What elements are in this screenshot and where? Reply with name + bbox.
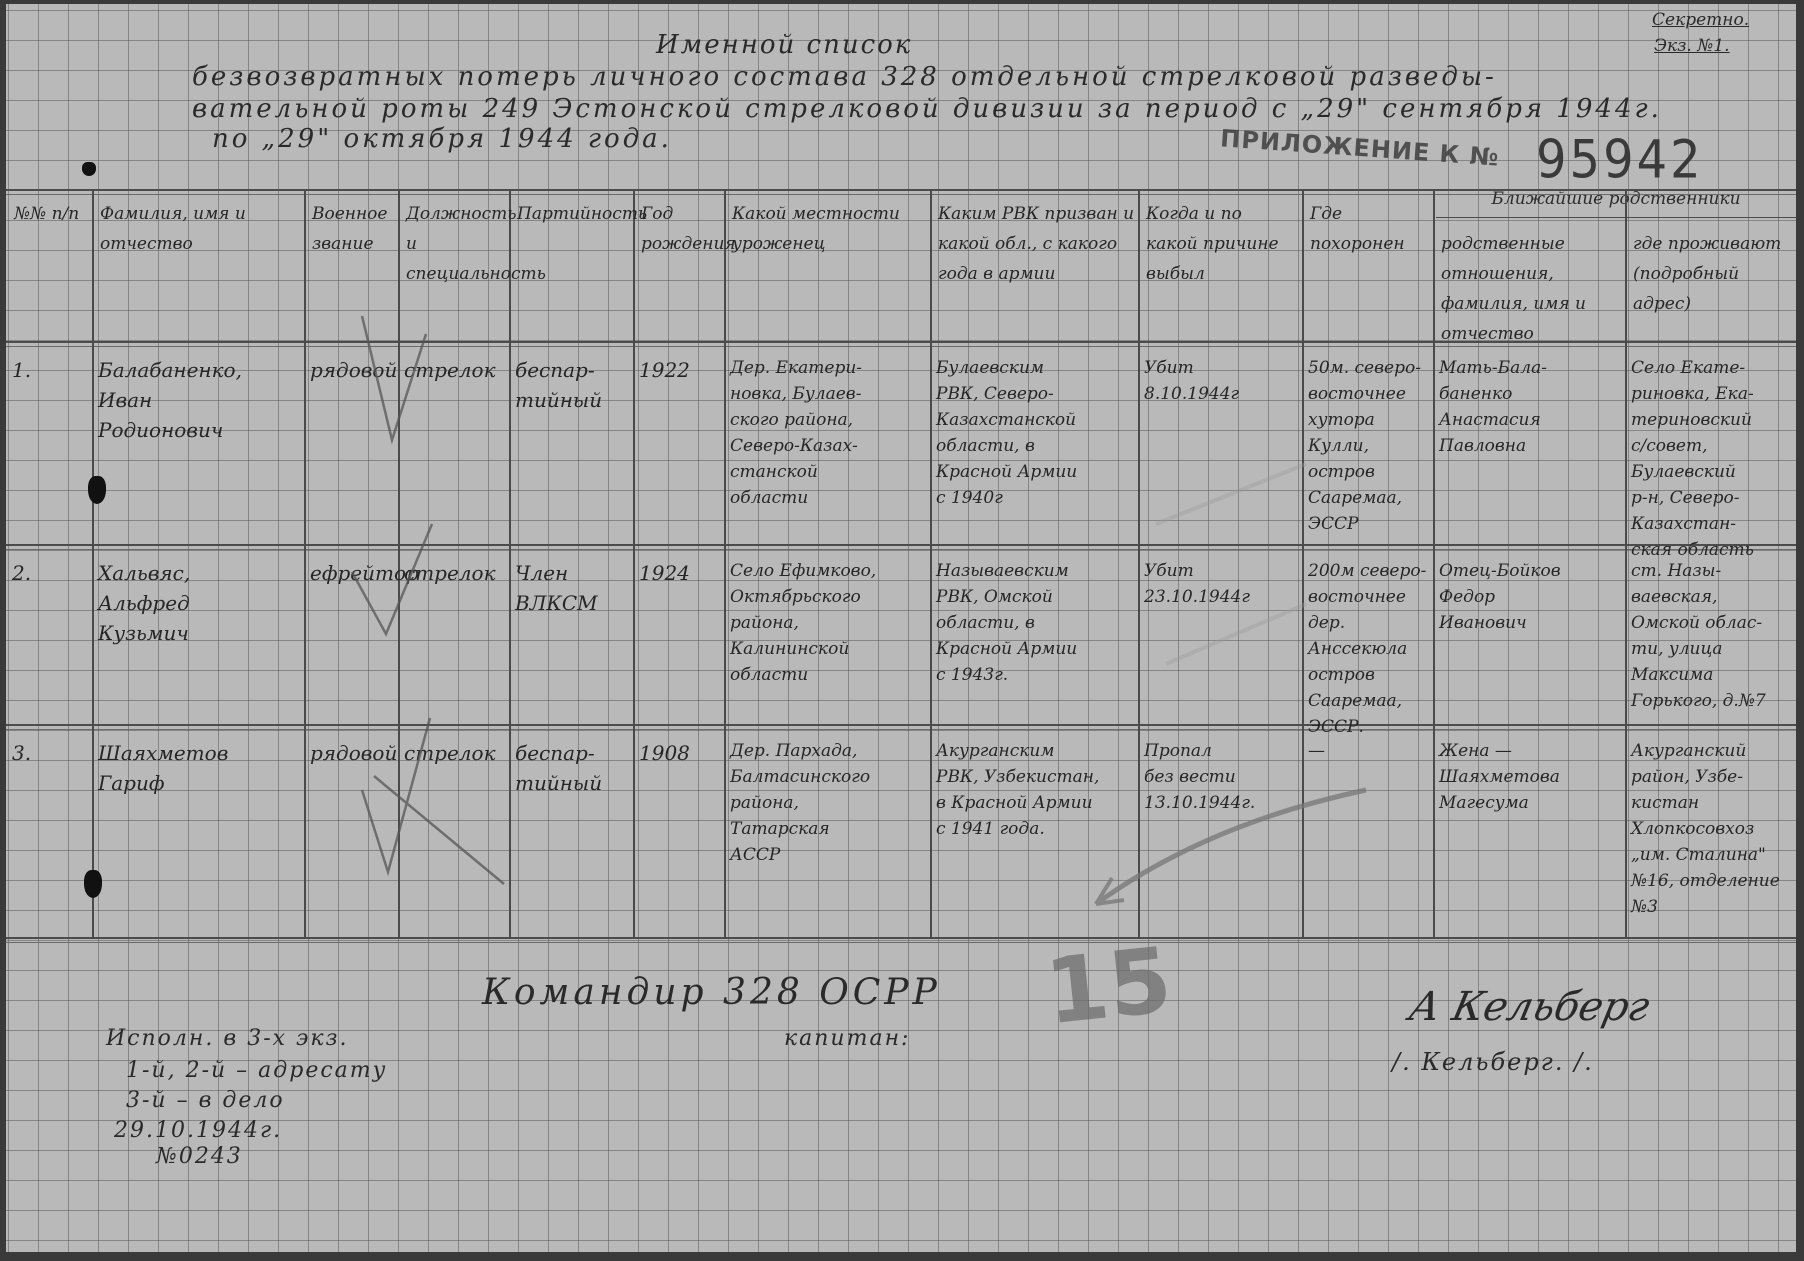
cell-position: стрелок xyxy=(404,355,507,385)
document-subtitle-line3: по „29" октября 1944 года. xyxy=(212,124,672,154)
column-divider xyxy=(1138,189,1140,939)
column-header: №№ п/п xyxy=(14,199,88,229)
cell-address: ст. Назы- ваевская, Омской облас- ти, ул… xyxy=(1631,558,1794,714)
column-divider xyxy=(304,189,306,939)
column-header: Каким РВК призван и какой обл., с какого… xyxy=(938,199,1134,289)
table-bottom-border xyxy=(6,937,1796,943)
cell-burial: 50м. северо- восточнее хутора Кулли, ост… xyxy=(1308,355,1431,537)
cell-rank: ефрейтор xyxy=(310,558,396,588)
cell-departure: Убит 23.10.1944г xyxy=(1144,558,1300,610)
cell-relative: Мать-Бала- баненко Анастасия Павловна xyxy=(1439,355,1623,459)
column-header: Военное звание xyxy=(312,199,394,259)
cell-relative: Жена — Шаяхметова Магесума xyxy=(1439,738,1623,816)
cell-position: стрелок xyxy=(404,738,507,768)
cell-party: беспар- тийный xyxy=(515,738,631,798)
cell-rvk: Булаевским РВК, Северо- Казахстанской об… xyxy=(936,355,1136,511)
commander-rank: капитан: xyxy=(784,1026,910,1051)
cell-rvk: Акурганским РВК, Узбекистан, в Красной А… xyxy=(936,738,1136,842)
cell-birthplace: Дер. Пархада, Балтасинского района, Тата… xyxy=(730,738,928,868)
cell-burial: — xyxy=(1308,738,1431,764)
cell-rank: рядовой xyxy=(310,355,396,385)
cell-relative: Отец-Бойков Федор Иванович xyxy=(1439,558,1623,636)
cell-birth-year: 1922 xyxy=(639,355,722,385)
column-divider xyxy=(633,189,635,939)
signature-name: /. Кельберг. /. xyxy=(1392,1048,1594,1076)
cell-party: беспар- тийный xyxy=(515,355,631,415)
cell-party: Член ВЛКСМ xyxy=(515,558,631,618)
column-divider xyxy=(92,189,94,939)
column-divider xyxy=(509,189,511,939)
column-header: Фамилия, имя и отчество xyxy=(100,199,300,259)
cell-num: 3. xyxy=(12,738,90,768)
cell-num: 2. xyxy=(12,558,90,588)
document-subtitle-line2: вательной роты 249 Эстонской стрелковой … xyxy=(192,94,1662,124)
column-header: Какой местности уроженец xyxy=(732,199,926,259)
row-1-border xyxy=(6,544,1796,550)
cell-rank: рядовой xyxy=(310,738,396,768)
archive-stamp: ПРИЛОЖЕНИЕ К № xyxy=(1219,124,1500,171)
commander-title: Командир 328 ОСРР xyxy=(482,972,941,1013)
archive-stamp-number: 95942 xyxy=(1536,129,1704,191)
column-header: где проживают (подробный адрес) xyxy=(1633,229,1792,319)
column-header: Когда и по какой причине выбыл xyxy=(1146,199,1298,289)
column-divider xyxy=(1433,189,1435,939)
punch-hole xyxy=(88,476,106,504)
column-divider xyxy=(1625,189,1627,939)
cell-name: Балабаненко, Иван Родионович xyxy=(98,355,302,445)
cell-address: Село Екате- риновка, Ека- териновский с/… xyxy=(1631,355,1794,563)
column-divider xyxy=(724,189,726,939)
relatives-group-header: Ближайшие родственники xyxy=(1436,189,1796,209)
document-sheet: Секретно. Экз. №1. Именной список безвоз… xyxy=(6,4,1796,1252)
punch-hole xyxy=(82,162,96,176)
cell-departure: Пропал без вести 13.10.1944г. xyxy=(1144,738,1300,816)
punch-hole xyxy=(84,870,102,898)
signature: А Кельберг xyxy=(1405,984,1654,1030)
cell-birthplace: Село Ефимково, Октябрьского района, Кали… xyxy=(730,558,928,688)
row-2-border xyxy=(6,724,1796,730)
distribution-date: 29.10.1944г. xyxy=(114,1118,282,1143)
column-header: Должность и специальность xyxy=(406,199,505,289)
column-divider xyxy=(930,189,932,939)
cell-num: 1. xyxy=(12,355,90,385)
outgoing-number: №0243 xyxy=(156,1144,243,1169)
distribution-note: Исполн. в 3-х экз. xyxy=(106,1026,349,1051)
document-subtitle-line1: безвозвратных потерь личного состава 328… xyxy=(192,62,1497,92)
cell-burial: 200м северо- восточнее дер. Анссекюла ос… xyxy=(1308,558,1431,740)
classification-label: Секретно. xyxy=(1652,10,1749,30)
column-header: Партийность xyxy=(517,199,629,229)
distribution-note: 1-й, 2-й – адресату xyxy=(126,1058,387,1083)
column-header: родственные отношения, фамилия, имя и от… xyxy=(1441,229,1621,349)
column-header: Год рождения xyxy=(641,199,720,259)
cell-address: Акурганский район, Узбе- кистан Хлопкосо… xyxy=(1631,738,1794,920)
column-header: Где похоронен xyxy=(1310,199,1429,259)
cell-rvk: Называевским РВК, Омской области, в Крас… xyxy=(936,558,1136,688)
copy-number: Экз. №1. xyxy=(1654,36,1730,56)
cell-position: стрелок xyxy=(404,558,507,588)
cell-name: Шаяхметов Гариф xyxy=(98,738,302,798)
cell-birth-year: 1908 xyxy=(639,738,722,768)
document-title: Именной список xyxy=(656,30,912,60)
pencil-mark: 15 xyxy=(1041,928,1177,1046)
cell-birthplace: Дер. Екатери- новка, Булаев- ского район… xyxy=(730,355,928,511)
cell-departure: Убит 8.10.1944г xyxy=(1144,355,1300,407)
cell-name: Хальвяс, Альфред Кузьмич xyxy=(98,558,302,648)
cell-birth-year: 1924 xyxy=(639,558,722,588)
relatives-group-divider xyxy=(1436,217,1796,221)
column-divider xyxy=(1302,189,1304,939)
distribution-note: 3-й – в дело xyxy=(126,1088,285,1113)
